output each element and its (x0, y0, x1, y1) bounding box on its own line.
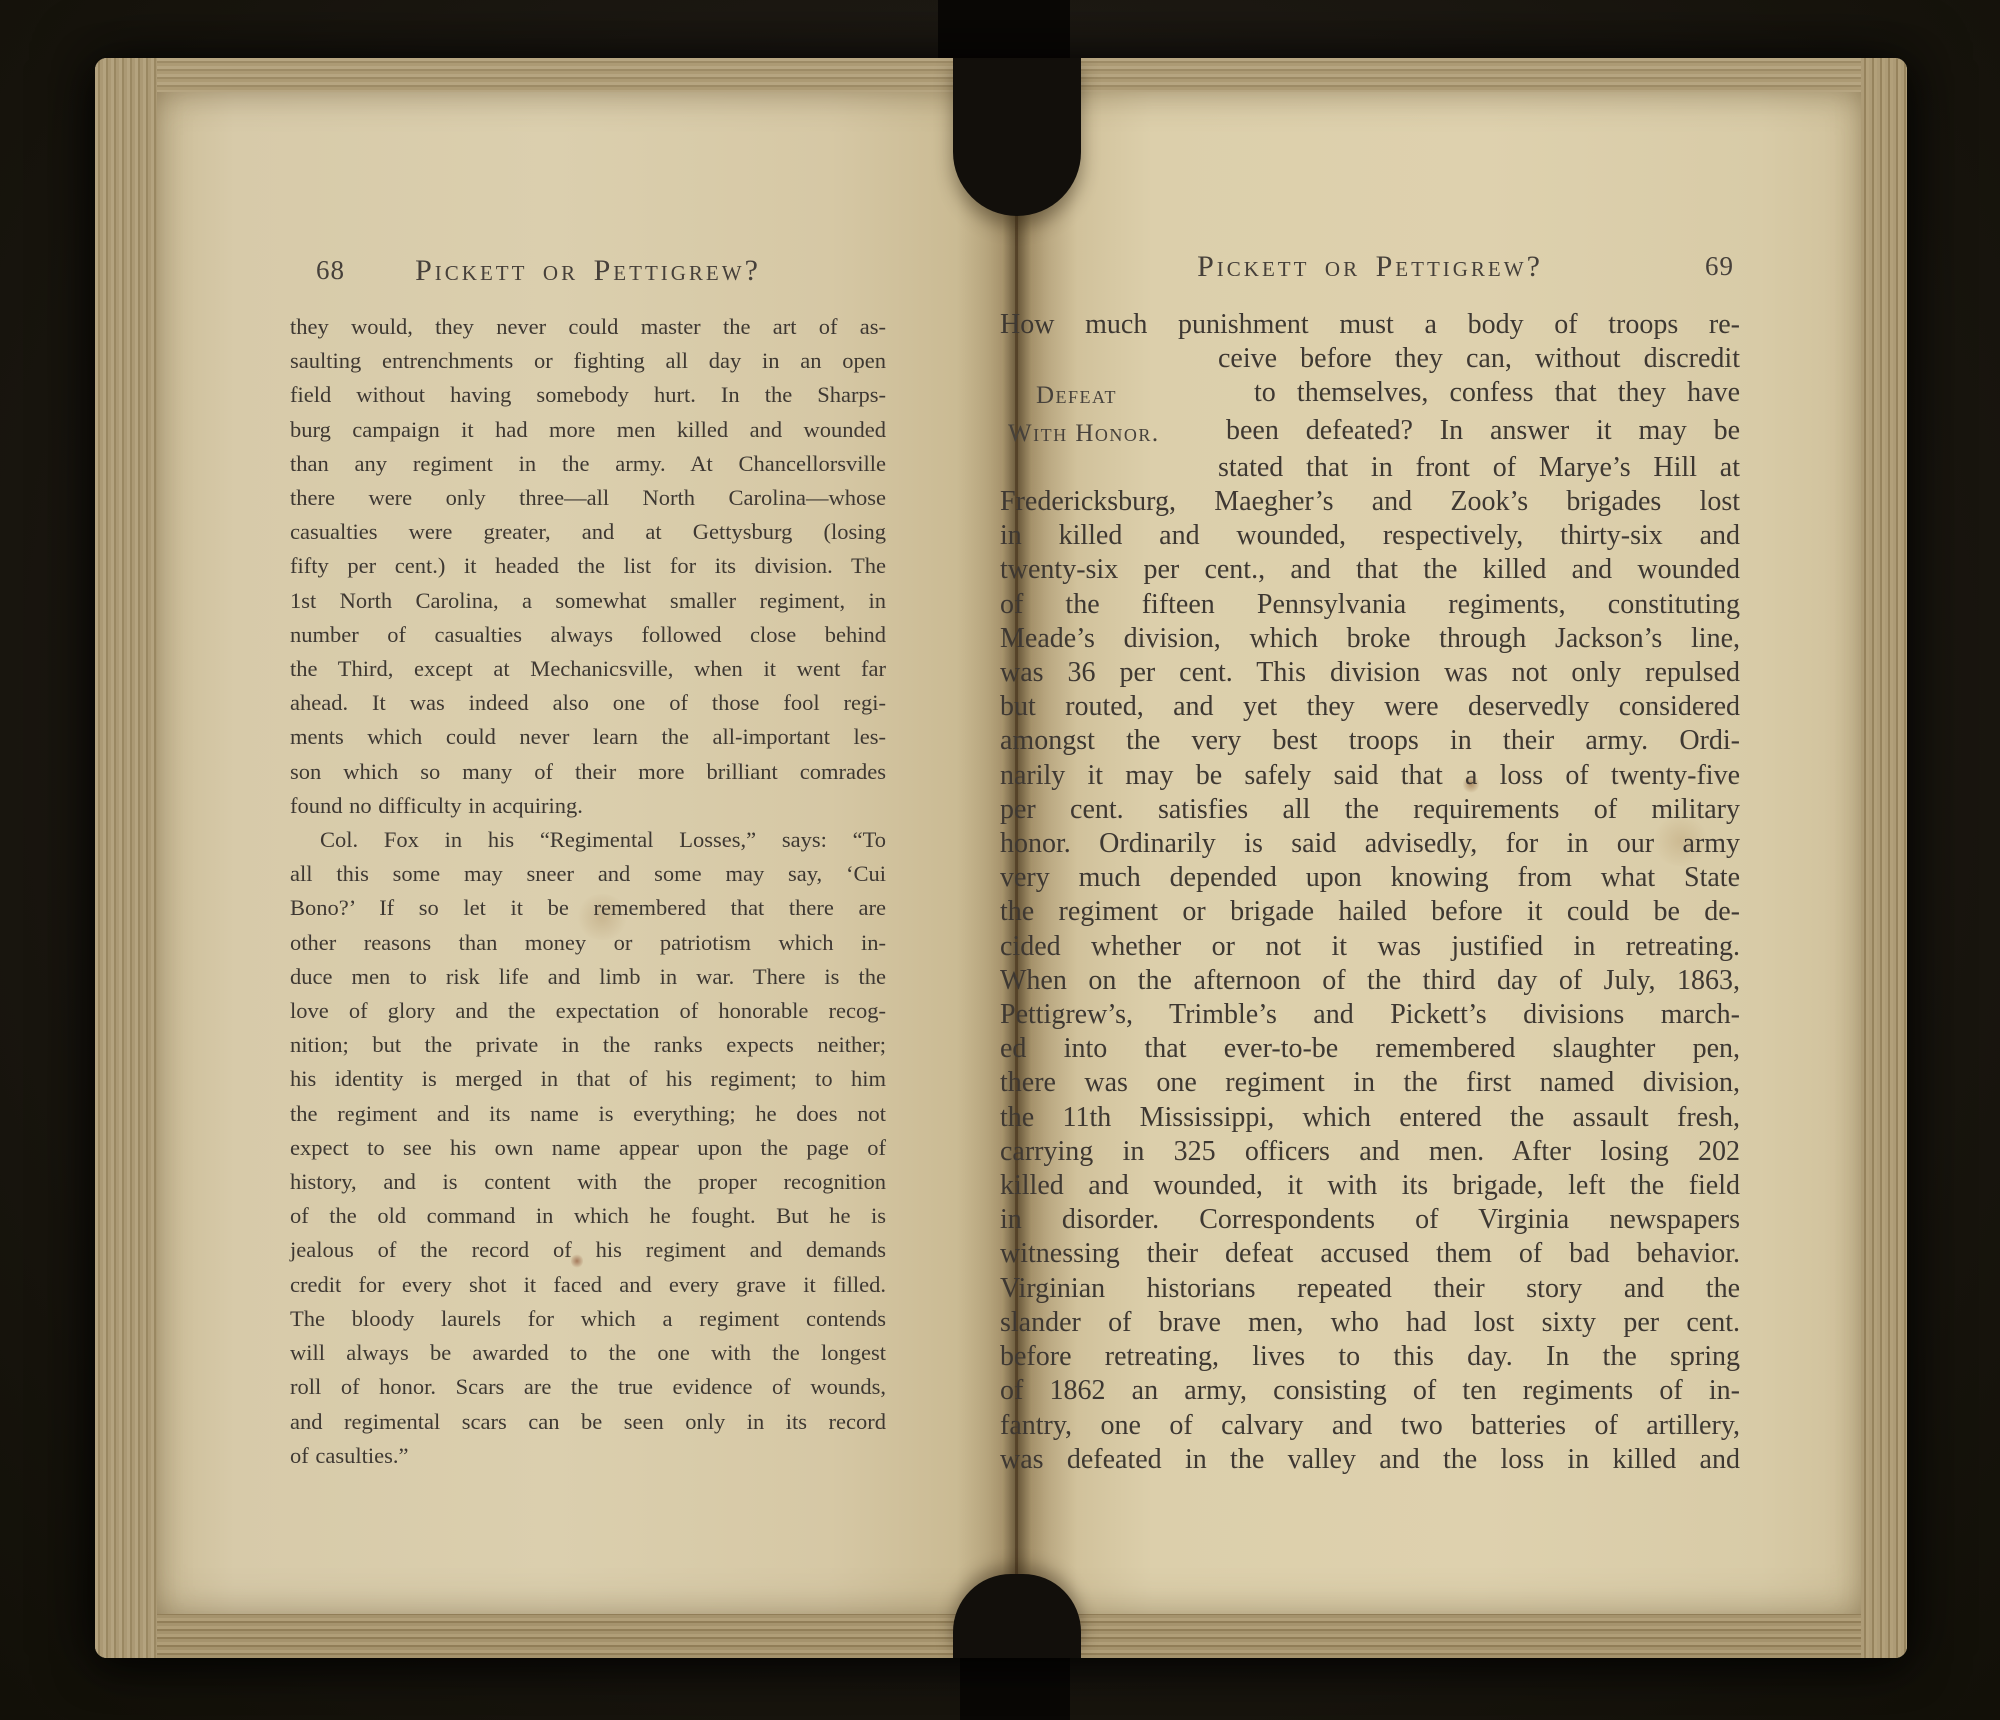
text-line: witnessing their defeat accused them of … (1000, 1237, 1740, 1271)
text-line: amongst the very best troops in their ar… (1000, 724, 1740, 758)
text-line: Virginian historians repeated their stor… (1000, 1272, 1740, 1306)
text-line: The bloody laurels for which a regiment … (290, 1302, 886, 1336)
text-line: Meade’s division, which broke through Ja… (1000, 622, 1740, 656)
text-line: per cent. satisfies all the requirements… (1000, 793, 1740, 827)
text-line: than any regiment in the army. At Chance… (290, 447, 886, 481)
sidenote-label (1000, 342, 1218, 376)
sidenote-text: stated that in front of Marye’s Hill at (1218, 451, 1740, 485)
page-edges-right (1861, 58, 1907, 1658)
book-cradle-bottom (960, 1654, 1070, 1720)
text-line: the regiment and its name is everything;… (290, 1097, 886, 1131)
text-line: Fredericksburg, Maegher’s and Zook’s bri… (1000, 485, 1740, 519)
text-line: 1st North Carolina, a somewhat smaller r… (290, 584, 886, 618)
text-line: there was one regiment in the first name… (1000, 1066, 1740, 1100)
text-line: in killed and wounded, respectively, thi… (1000, 519, 1740, 553)
text-line: but routed, and yet they were deservedly… (1000, 690, 1740, 724)
text-line: fantry, one of calvary and two batteries… (1000, 1409, 1740, 1443)
left-running-title: Pickett or Pettigrew? (290, 254, 886, 288)
text-line: love of glory and the expectation of hon… (290, 994, 886, 1028)
text-line: his identity is merged in that of his re… (290, 1062, 886, 1096)
text-line: field without having somebody hurt. In t… (290, 378, 886, 412)
sidenote-text: to themselves, confess that they have (1254, 376, 1740, 413)
sidenote-text: ceive before they can, without discredit (1218, 342, 1740, 376)
text-line: of 1862 an army, consisting of ten regim… (1000, 1374, 1740, 1408)
text-line: nition; but the private in the ranks exp… (290, 1028, 886, 1062)
text-line: the Third, except at Mechanicsville, whe… (290, 652, 886, 686)
text-line: killed and wounded, it with its brigade,… (1000, 1169, 1740, 1203)
text-line: number of casualties always followed clo… (290, 618, 886, 652)
text-line: carrying in 325 officers and men. After … (1000, 1135, 1740, 1169)
sidenote-text: been defeated? In answer it may be (1226, 414, 1740, 451)
right-page-number: 69 (1705, 251, 1734, 282)
text-line: saulting entrenchments or fighting all d… (290, 344, 886, 378)
text-line: son which so many of their more brillian… (290, 755, 886, 789)
text-line: very much depended upon knowing from wha… (1000, 861, 1740, 895)
text-line: of the old command in which he fought. B… (290, 1199, 886, 1233)
sidenote-row: ceive before they can, without discredit (1000, 342, 1740, 376)
sidenote-label: With Honor. (1000, 414, 1226, 451)
text-line: there were only three—all North Carolina… (290, 481, 886, 515)
text-line: burg campaign it had more men killed and… (290, 413, 886, 447)
text-line: of the fifteen Pennsylvania regiments, c… (1000, 588, 1740, 622)
text-line: ments which could never learn the all-im… (290, 720, 886, 754)
text-line: casualties were greater, and at Gettysbu… (290, 515, 886, 549)
text-line: they would, they never could master the … (290, 310, 886, 344)
left-page-body: they would, they never could master the … (290, 310, 886, 1473)
text-line: jealous of the record of his regiment an… (290, 1233, 886, 1267)
text-line: before retreating, lives to this day. In… (1000, 1340, 1740, 1374)
sidenote-block: ceive before they can, without discredit… (1000, 342, 1740, 485)
text-line: Bono?’ If so let it be remembered that t… (290, 891, 886, 925)
text-line: honor. Ordinarily is said advisedly, for… (1000, 827, 1740, 861)
text-line: twenty-six per cent., and that the kille… (1000, 553, 1740, 587)
text-line: When on the afternoon of the third day o… (1000, 964, 1740, 998)
photo-stage: 68 Pickett or Pettigrew? they would, the… (0, 0, 2000, 1720)
text-line: the regiment or brigade hailed before it… (1000, 895, 1740, 929)
sidenote-label (1000, 451, 1218, 485)
text-line: was 36 per cent. This division was not o… (1000, 656, 1740, 690)
sidenote-row: Defeatto themselves, confess that they h… (1000, 376, 1740, 413)
right-page-body: How much punishment must a body of troop… (1000, 308, 1740, 1477)
page-edges-left (95, 58, 157, 1658)
sidenote-row: stated that in front of Marye’s Hill at (1000, 451, 1740, 485)
text-line: the 11th Mississippi, which entered the … (1000, 1101, 1740, 1135)
opening-line: How much punishment must a body of troop… (1000, 308, 1740, 342)
paragraph: Col. Fox in his “Regimental Losses,” say… (290, 823, 886, 1473)
text-line: roll of honor. Scars are the true eviden… (290, 1370, 886, 1404)
left-page-number: 68 (316, 255, 345, 286)
text-line: credit for every shot it faced and every… (290, 1268, 886, 1302)
text-line: will always be awarded to the one with t… (290, 1336, 886, 1370)
text-line: history, and is content with the proper … (290, 1165, 886, 1199)
book-cradle-top (938, 0, 1070, 62)
text-line: all this some may sneer and some may say… (290, 857, 886, 891)
text-line: of casulties.” (290, 1439, 886, 1473)
text-line: and regimental scars can be seen only in… (290, 1405, 886, 1439)
right-running-title: Pickett or Pettigrew? (1000, 250, 1740, 284)
text-line: narily it may be safely said that a loss… (1000, 759, 1740, 793)
text-line: ed into that ever-to-be remembered slaug… (1000, 1032, 1740, 1066)
text-line: ahead. It was indeed also one of those f… (290, 686, 886, 720)
left-page-header: 68 Pickett or Pettigrew? (290, 254, 886, 288)
text-line: was defeated in the valley and the loss … (1000, 1443, 1740, 1477)
open-book: 68 Pickett or Pettigrew? they would, the… (95, 58, 1907, 1658)
text-line: duce men to risk life and limb in war. T… (290, 960, 886, 994)
text-line: in disorder. Correspondents of Virginia … (1000, 1203, 1740, 1237)
right-page-header: Pickett or Pettigrew? 69 (1000, 250, 1740, 284)
text-line: fifty per cent.) it headed the list for … (290, 549, 886, 583)
sidenote-label: Defeat (1000, 376, 1254, 413)
text-line: Col. Fox in his “Regimental Losses,” say… (290, 823, 886, 857)
text-line: slander of brave men, who had lost sixty… (1000, 1306, 1740, 1340)
text-line: other reasons than money or patriotism w… (290, 926, 886, 960)
text-line: expect to see his own name appear upon t… (290, 1131, 886, 1165)
right-body-lines: Fredericksburg, Maegher’s and Zook’s bri… (1000, 485, 1740, 1477)
sidenote-row: With Honor.been defeated? In answer it m… (1000, 414, 1740, 451)
paragraph: they would, they never could master the … (290, 310, 886, 823)
text-line: cided whether or not it was justified in… (1000, 930, 1740, 964)
binding-notch-top (953, 58, 1081, 216)
text-line: found no difficulty in acquiring. (290, 789, 886, 823)
text-line: Pettigrew’s, Trimble’s and Pickett’s div… (1000, 998, 1740, 1032)
